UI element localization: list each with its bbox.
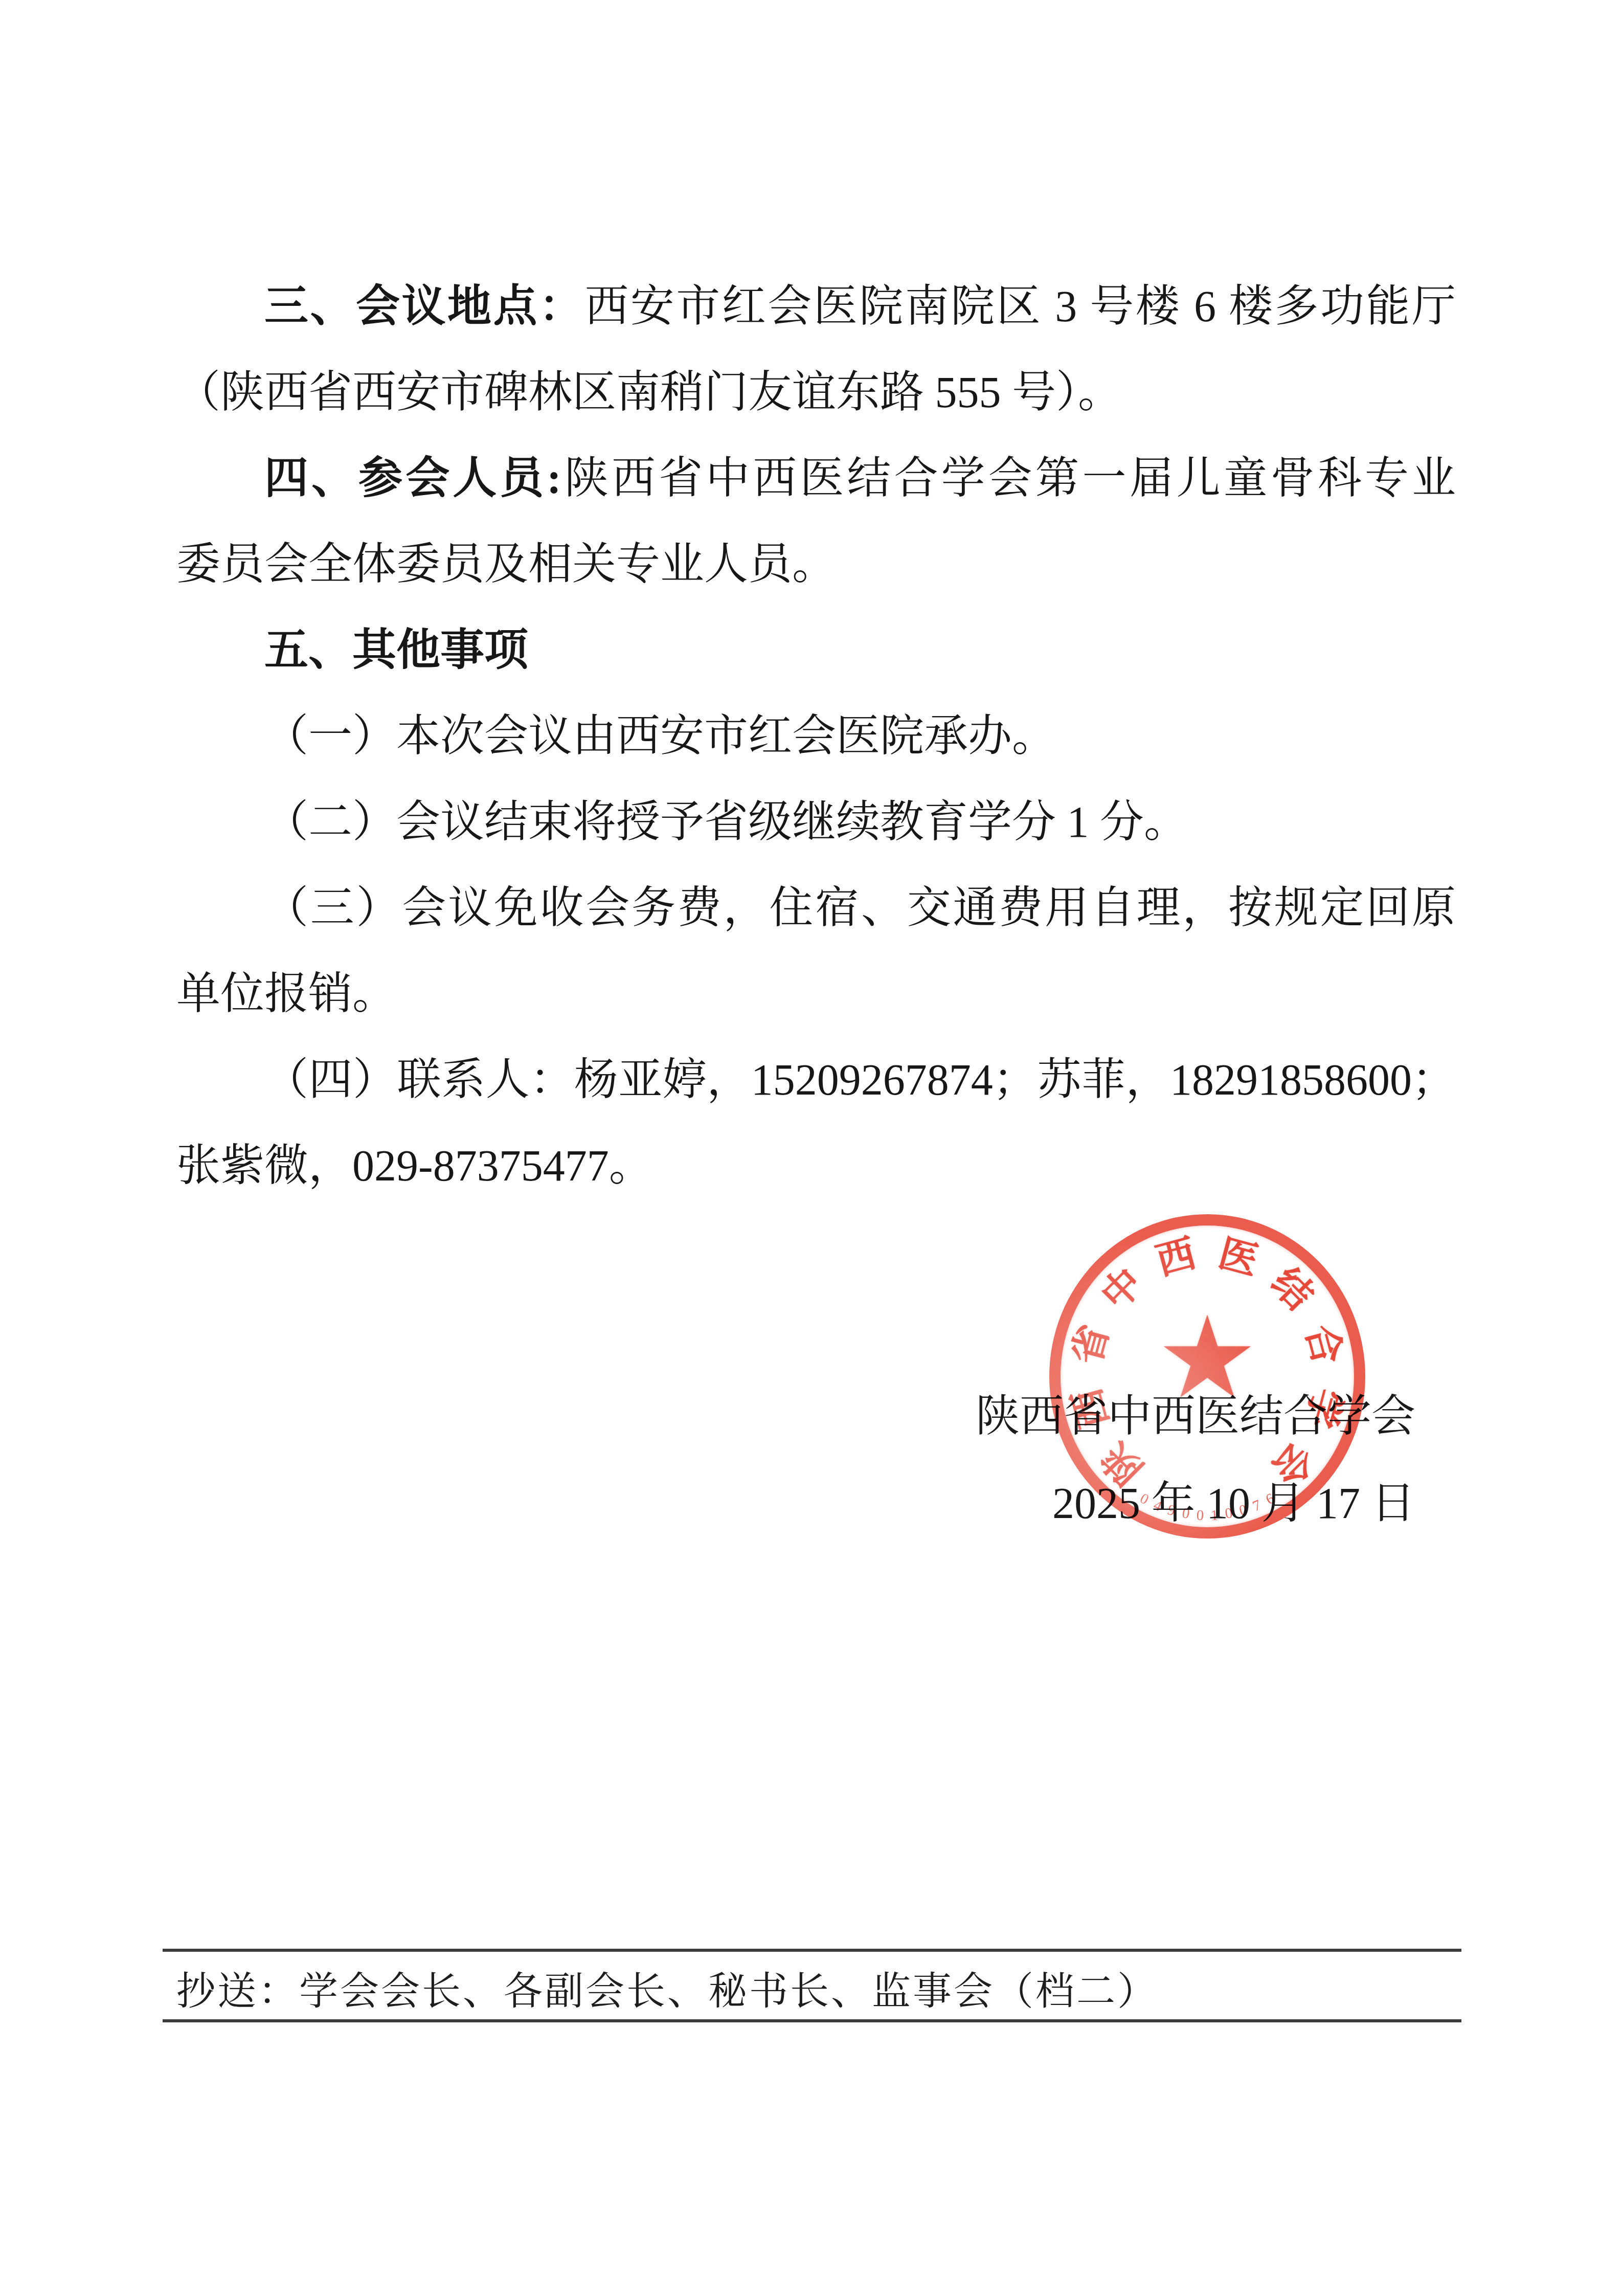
official-seal: ★ 陕西省中西医结合学会 0490010076: [1049, 1214, 1365, 1539]
body-line: 三、会议地点：西安市红会医院南院区 3 号楼 6 楼多功能厅: [176, 281, 1456, 332]
line-text: 单位报销。: [176, 969, 396, 1018]
body-line: （陕西省西安市碑林区南稍门友谊东路 555 号）。: [176, 367, 1456, 418]
seal-star-icon: ★: [1156, 1301, 1258, 1415]
line-text: 张紫微，029-87375477。: [176, 1141, 653, 1190]
line-label: 五、其他事项: [264, 626, 528, 675]
line-text: 委员会全体委员及相关专业人员。: [176, 540, 836, 589]
body-line: 张紫微，029-87375477。: [176, 1141, 1456, 1191]
body-line: （二）会议结束将授予省级继续教育学分 1 分。: [176, 797, 1456, 848]
line-text: 西安市红会医院南院区 3 号楼 6 楼多功能厅: [584, 282, 1456, 331]
footer-copy-line: 抄送：学会会长、各副会长、秘书长、监事会（档二）: [176, 1972, 1158, 2011]
line-text: （陕西省西安市碑林区南稍门友谊东路 555 号）。: [176, 368, 1122, 417]
line-text: （三）会议免收会务费，住宿、交通费用自理，按规定回原: [264, 883, 1456, 932]
footer-rule-bottom: [163, 2019, 1461, 2022]
document-page: 三、会议地点：西安市红会医院南院区 3 号楼 6 楼多功能厅 （陕西省西安市碑林…: [0, 0, 1623, 2296]
line-label: 三、会议地点：: [264, 282, 584, 331]
line-label: 四、参会人员:: [264, 454, 561, 503]
footer-rule-top: [163, 1949, 1461, 1952]
body-line-heading: 五、其他事项: [176, 625, 1456, 676]
line-text: （一）本次会议由西安市红会医院承办。: [264, 711, 1056, 761]
body-line: （三）会议免收会务费，住宿、交通费用自理，按规定回原: [176, 883, 1456, 933]
line-text: （二）会议结束将授予省级继续教育学分 1 分。: [264, 797, 1188, 846]
body-line: 委员会全体委员及相关专业人员。: [176, 539, 1456, 590]
body-line: 单位报销。: [176, 969, 1456, 1019]
line-text: 陕西省中西医结合学会第一届儿童骨科专业: [561, 454, 1456, 503]
body-line: 四、参会人员:陕西省中西医结合学会第一届儿童骨科专业: [176, 453, 1456, 504]
line-text: （四）联系人：杨亚婷，15209267874；苏菲，18291858600；: [264, 1055, 1456, 1104]
page: { "document": { "lines": [ {"label": "三、…: [0, 0, 1623, 2296]
body-line: （一）本次会议由西安市红会医院承办。: [176, 711, 1456, 762]
body-line: （四）联系人：杨亚婷，15209267874；苏菲，18291858600；: [176, 1055, 1456, 1105]
